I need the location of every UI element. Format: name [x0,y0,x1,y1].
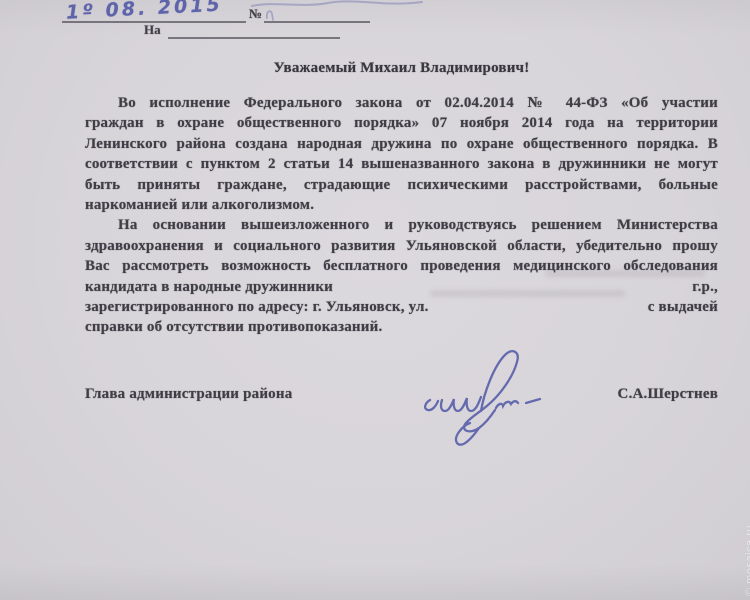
scanned-letter-page: 1º 08. 2015 № На Уважаемый Михаил Владим… [0,0,750,600]
faded-text-smudge [430,290,625,297]
signer-position: Глава администрации района [85,384,292,404]
faded-text-smudge [545,270,705,277]
address-line-left: зарегистрированного по адресу: г. Ульяно… [85,297,429,317]
reference-label: На [144,22,161,38]
paragraph1-line: наркоманией или алкоголизмом. [85,195,718,215]
paragraph1-line: быть приняты граждане, страдающие психич… [85,175,718,195]
paragraph2-line: справки об отсутствии противопоказаний. [85,317,718,337]
signature-row: Глава администрации района С.А.Шерстнев [85,384,718,404]
watermark: © mosaica.ru [744,525,750,596]
paragraph2-line: здравоохранения и социального развития У… [85,236,718,256]
handwriting-fragment-icon [250,0,430,10]
birth-abbrev: г.р., [692,277,718,297]
address-line-right: с выдачей [648,297,718,317]
paragraph1-line: Ленинского района создана народная дружи… [85,134,718,154]
paragraph1-line: граждан в охране общественного порядка» … [85,113,718,133]
paragraph2-line: На основании вышеизложенного и руководст… [85,215,718,235]
salutation: Уважаемый Михаил Владимирович! [85,60,718,77]
paragraph2-line-address: зарегистрированного по адресу: г. Ульяно… [85,297,718,317]
letter-body: Уважаемый Михаил Владимирович! Во исполн… [85,60,718,404]
candidate-line-left: кандидата в народные дружинники [85,277,333,297]
paragraph1-line: Во исполнение Федерального закона от 02.… [85,93,718,113]
paragraph1-line: соответствии с пунктом 2 статьи 14 вышен… [85,154,718,174]
number-underline [264,21,370,23]
handwritten-signature-icon [420,345,580,455]
signer-name: С.А.Шерстнев [618,384,718,404]
reference-underline [168,37,340,39]
